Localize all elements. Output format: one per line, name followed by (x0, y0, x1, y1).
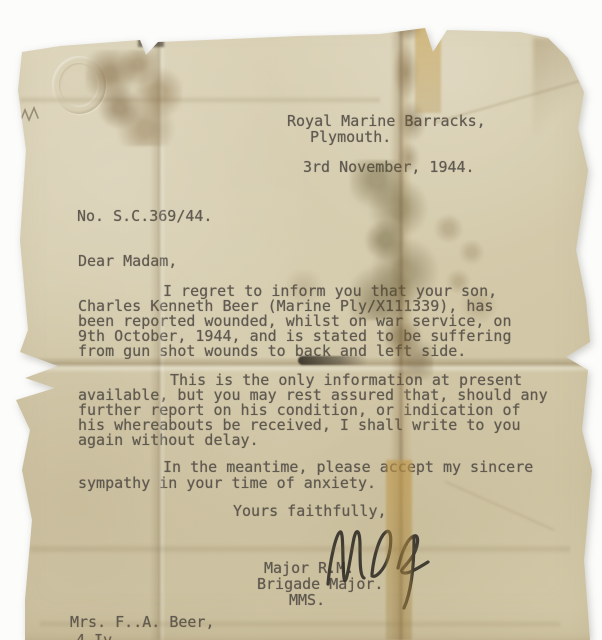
signature-title-line: Brigade Major. (257, 577, 383, 592)
embossed-seal (52, 56, 106, 114)
paragraph3-line: In the meantime, please accept my sincer… (163, 460, 533, 475)
vertical-fold-left (150, 36, 166, 640)
paragraph1-line: 9th October, 1944, and is stated to be s… (78, 329, 511, 344)
addressee-name: Mrs. F..A. Beer, (70, 615, 215, 630)
horizontal-crease-lower (30, 544, 570, 554)
stain-top-cluster (86, 50, 182, 146)
letter-scan: Royal Marine Barracks, Plymouth. 3rd Nov… (0, 0, 602, 640)
addressee-address-partial: 4 Iv (76, 633, 112, 640)
stain-speckles-right (432, 205, 498, 323)
paragraph2-line: his whereabouts be received, I shall wri… (78, 418, 521, 433)
paper-wrapper: Royal Marine Barracks, Plymouth. 3rd Nov… (0, 0, 602, 640)
reference-number: No. S.C.369/44. (77, 209, 212, 224)
paragraph1-line: been reported wounded, whilst on war ser… (78, 314, 511, 329)
dark-mark-topleft (138, 38, 164, 47)
horizontal-fold-middle (20, 357, 590, 373)
tape-stain-top (415, 25, 441, 113)
pencil-mark (2, 100, 48, 130)
paragraph1-line: Charles Kenneth Beer (Marine Ply/X111339… (78, 299, 493, 314)
paragraph2-line: available, but you may rest assured that… (78, 388, 548, 403)
signature-unit-line: MMS. (289, 593, 325, 608)
horizontal-crease-bottom (40, 620, 560, 628)
ink-smudge (298, 356, 368, 365)
salutation: Dear Madam, (78, 254, 177, 269)
horizontal-crease-top (20, 96, 380, 104)
paragraph2-line: This is the only information at present (170, 373, 522, 388)
diagonal-crease-bottomright (445, 481, 555, 532)
vertical-fold-center (390, 28, 412, 640)
diagonal-crease-topright (433, 78, 587, 124)
stain-fold-top (380, 6, 438, 171)
signature-rank-line: Major R.M. (264, 561, 354, 576)
letterhead-address-line1: Royal Marine Barracks, (287, 114, 486, 129)
folded-corner-shadow (533, 38, 595, 150)
stain-fold-middle (350, 160, 438, 320)
dark-mark-topright (544, 21, 578, 31)
handwritten-signature (312, 512, 442, 612)
paragraph2-line: further report on his condition, or indi… (78, 403, 521, 418)
valediction: Yours faithfully, (233, 504, 387, 519)
stain-smudge-salutation (286, 270, 330, 314)
paragraph1-line: from gun shot wounds to back and left si… (78, 344, 466, 359)
letter-date: 3rd November, 1944. (303, 160, 475, 175)
paragraph1-line: I regret to inform you that your son, (163, 284, 497, 299)
paper-texture (0, 0, 602, 640)
paragraph3-line: sympathy in your time of anxiety. (78, 476, 376, 491)
letterhead-address-line2: Plymouth. (310, 130, 391, 145)
stain-fold-lower (385, 318, 433, 380)
paragraph2-line: again without delay. (78, 433, 259, 448)
letter-paper: Royal Marine Barracks, Plymouth. 3rd Nov… (0, 0, 602, 640)
tape-stain-bottom (386, 460, 412, 640)
